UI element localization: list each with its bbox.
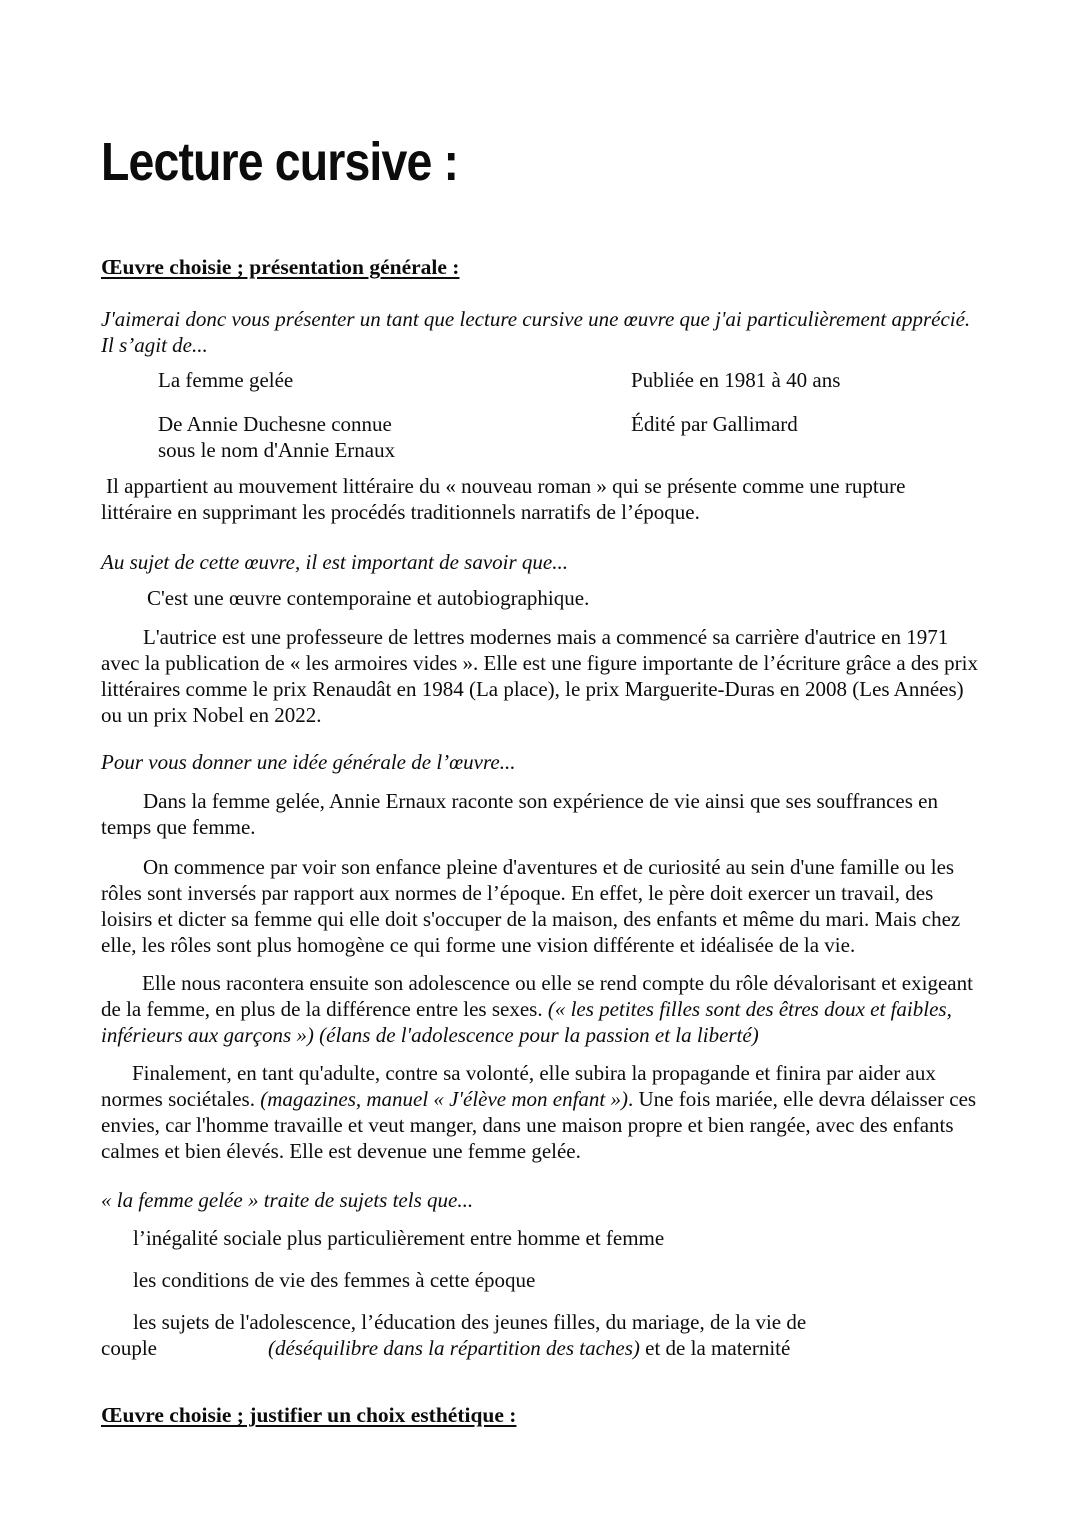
work-title: La femme gelée (101, 367, 631, 393)
summary-paragraph-1: Dans la femme gelée, Annie Ernaux racont… (101, 788, 981, 840)
summary-paragraph-3: Elle nous racontera ensuite son adolesce… (101, 970, 981, 1048)
theme-item-3-end: et de la maternité (640, 1336, 790, 1360)
document-title: Lecture cursive : (101, 134, 458, 190)
overview-lead: Pour vous donner une idée générale de l’… (101, 749, 981, 775)
themes-lead: « la femme gelée » traite de sujets tels… (101, 1187, 981, 1213)
summary-paragraph-2: On commence par voir son enfance pleine … (101, 854, 981, 958)
work-info-block: La femme gelée Publiée en 1981 à 40 ans … (101, 367, 981, 463)
document-page: Lecture cursive : Œuvre choisie ; présen… (0, 0, 1080, 1527)
section-heading-presentation: Œuvre choisie ; présentation générale : (101, 254, 981, 280)
theme-item-3-line2: couple(déséquilibre dans la répartition … (101, 1335, 981, 1361)
summary-paragraph-4-italic: (magazines, manuel « J'élève mon enfant … (260, 1087, 628, 1111)
section-heading-esthetique: Œuvre choisie ; justifier un choix esthé… (101, 1402, 981, 1428)
theme-item-3-couple: couple (101, 1336, 157, 1360)
work-author: De Annie Duchesne connue sous le nom d'A… (101, 411, 631, 463)
theme-item-1: l’inégalité sociale plus particulièremen… (101, 1225, 981, 1251)
work-publisher: Édité par Gallimard (631, 411, 981, 463)
theme-item-3-italic: (déséquilibre dans la répartition des ta… (268, 1336, 640, 1360)
theme-item-3: les sujets de l'adolescence, l’éducation… (101, 1309, 981, 1361)
author-bio-paragraph: L'autrice est une professeure de lettres… (101, 624, 981, 728)
theme-item-2: les conditions de vie des femmes à cette… (101, 1267, 981, 1293)
intro-lead: J'aimerai donc vous présenter un tant qu… (101, 306, 981, 358)
work-author-line1: De Annie Duchesne connue (158, 411, 631, 437)
movement-paragraph: Il appartient au mouvement littéraire du… (101, 473, 981, 525)
summary-paragraph-4: Finalement, en tant qu'adulte, contre sa… (101, 1060, 981, 1164)
theme-item-3-line1: les sujets de l'adolescence, l’éducation… (133, 1309, 981, 1335)
work-author-line2: sous le nom d'Annie Ernaux (158, 437, 631, 463)
about-lead: Au sujet de cette œuvre, il est importan… (101, 549, 981, 575)
contemporary-line: C'est une œuvre contemporaine et autobio… (101, 585, 981, 611)
work-published: Publiée en 1981 à 40 ans (631, 367, 981, 393)
